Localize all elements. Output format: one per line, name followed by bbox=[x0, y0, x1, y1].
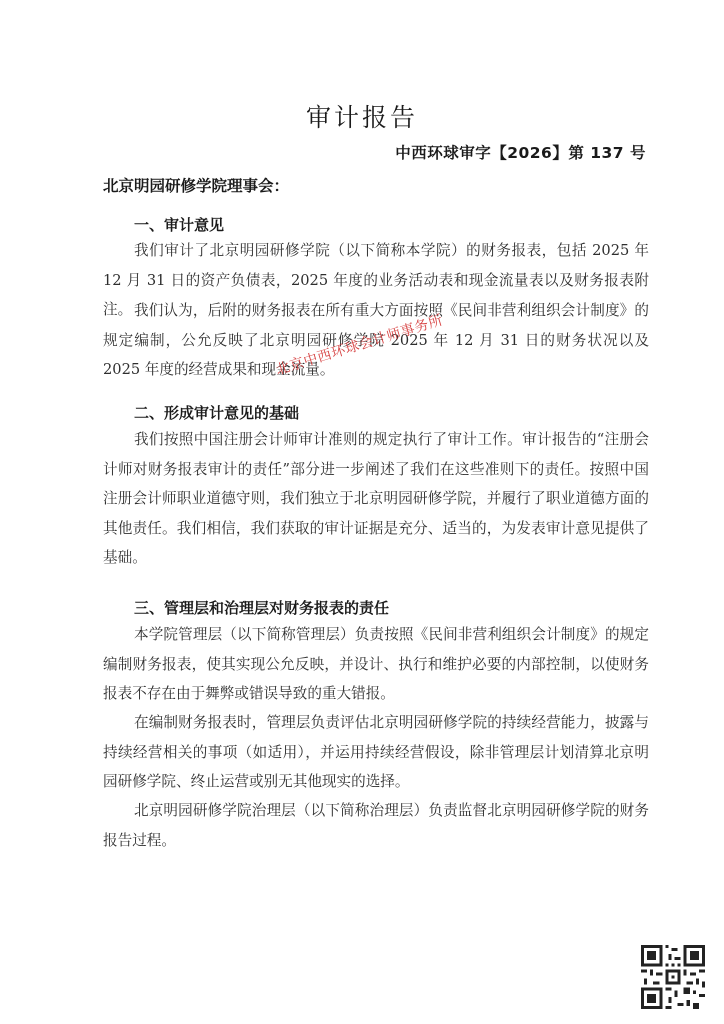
report-title: 审计报告 bbox=[0, 98, 724, 134]
addressee: 北京明园研修学院理事会： bbox=[103, 174, 289, 196]
paragraph: 本学院管理层（以下简称管理层）负责按照《民间非营利组织会计制度》的规定编制财务报… bbox=[103, 620, 649, 709]
paragraph: 在编制财务报表时，管理层负责评估北京明园研修学院的持续经营能力，披露与持续经营相… bbox=[103, 708, 649, 797]
qr-code-icon[interactable] bbox=[641, 944, 705, 1010]
section-heading-basis: 二、形成审计意见的基础 bbox=[134, 402, 299, 423]
document-number: 中西环球审字【2026】第 137 号 bbox=[395, 141, 646, 163]
paragraph: 我们按照中国注册会计师审计准则的规定执行了审计工作。审计报告的“注册会计师对财务… bbox=[103, 425, 649, 573]
section-heading-audit-opinion: 一、审计意见 bbox=[134, 214, 224, 235]
section-heading-responsibilities: 三、管理层和治理层对财务报表的责任 bbox=[134, 597, 389, 618]
paragraph: 北京明园研修学院治理层（以下简称治理层）负责监督北京明园研修学院的财务报告过程。 bbox=[103, 796, 649, 855]
